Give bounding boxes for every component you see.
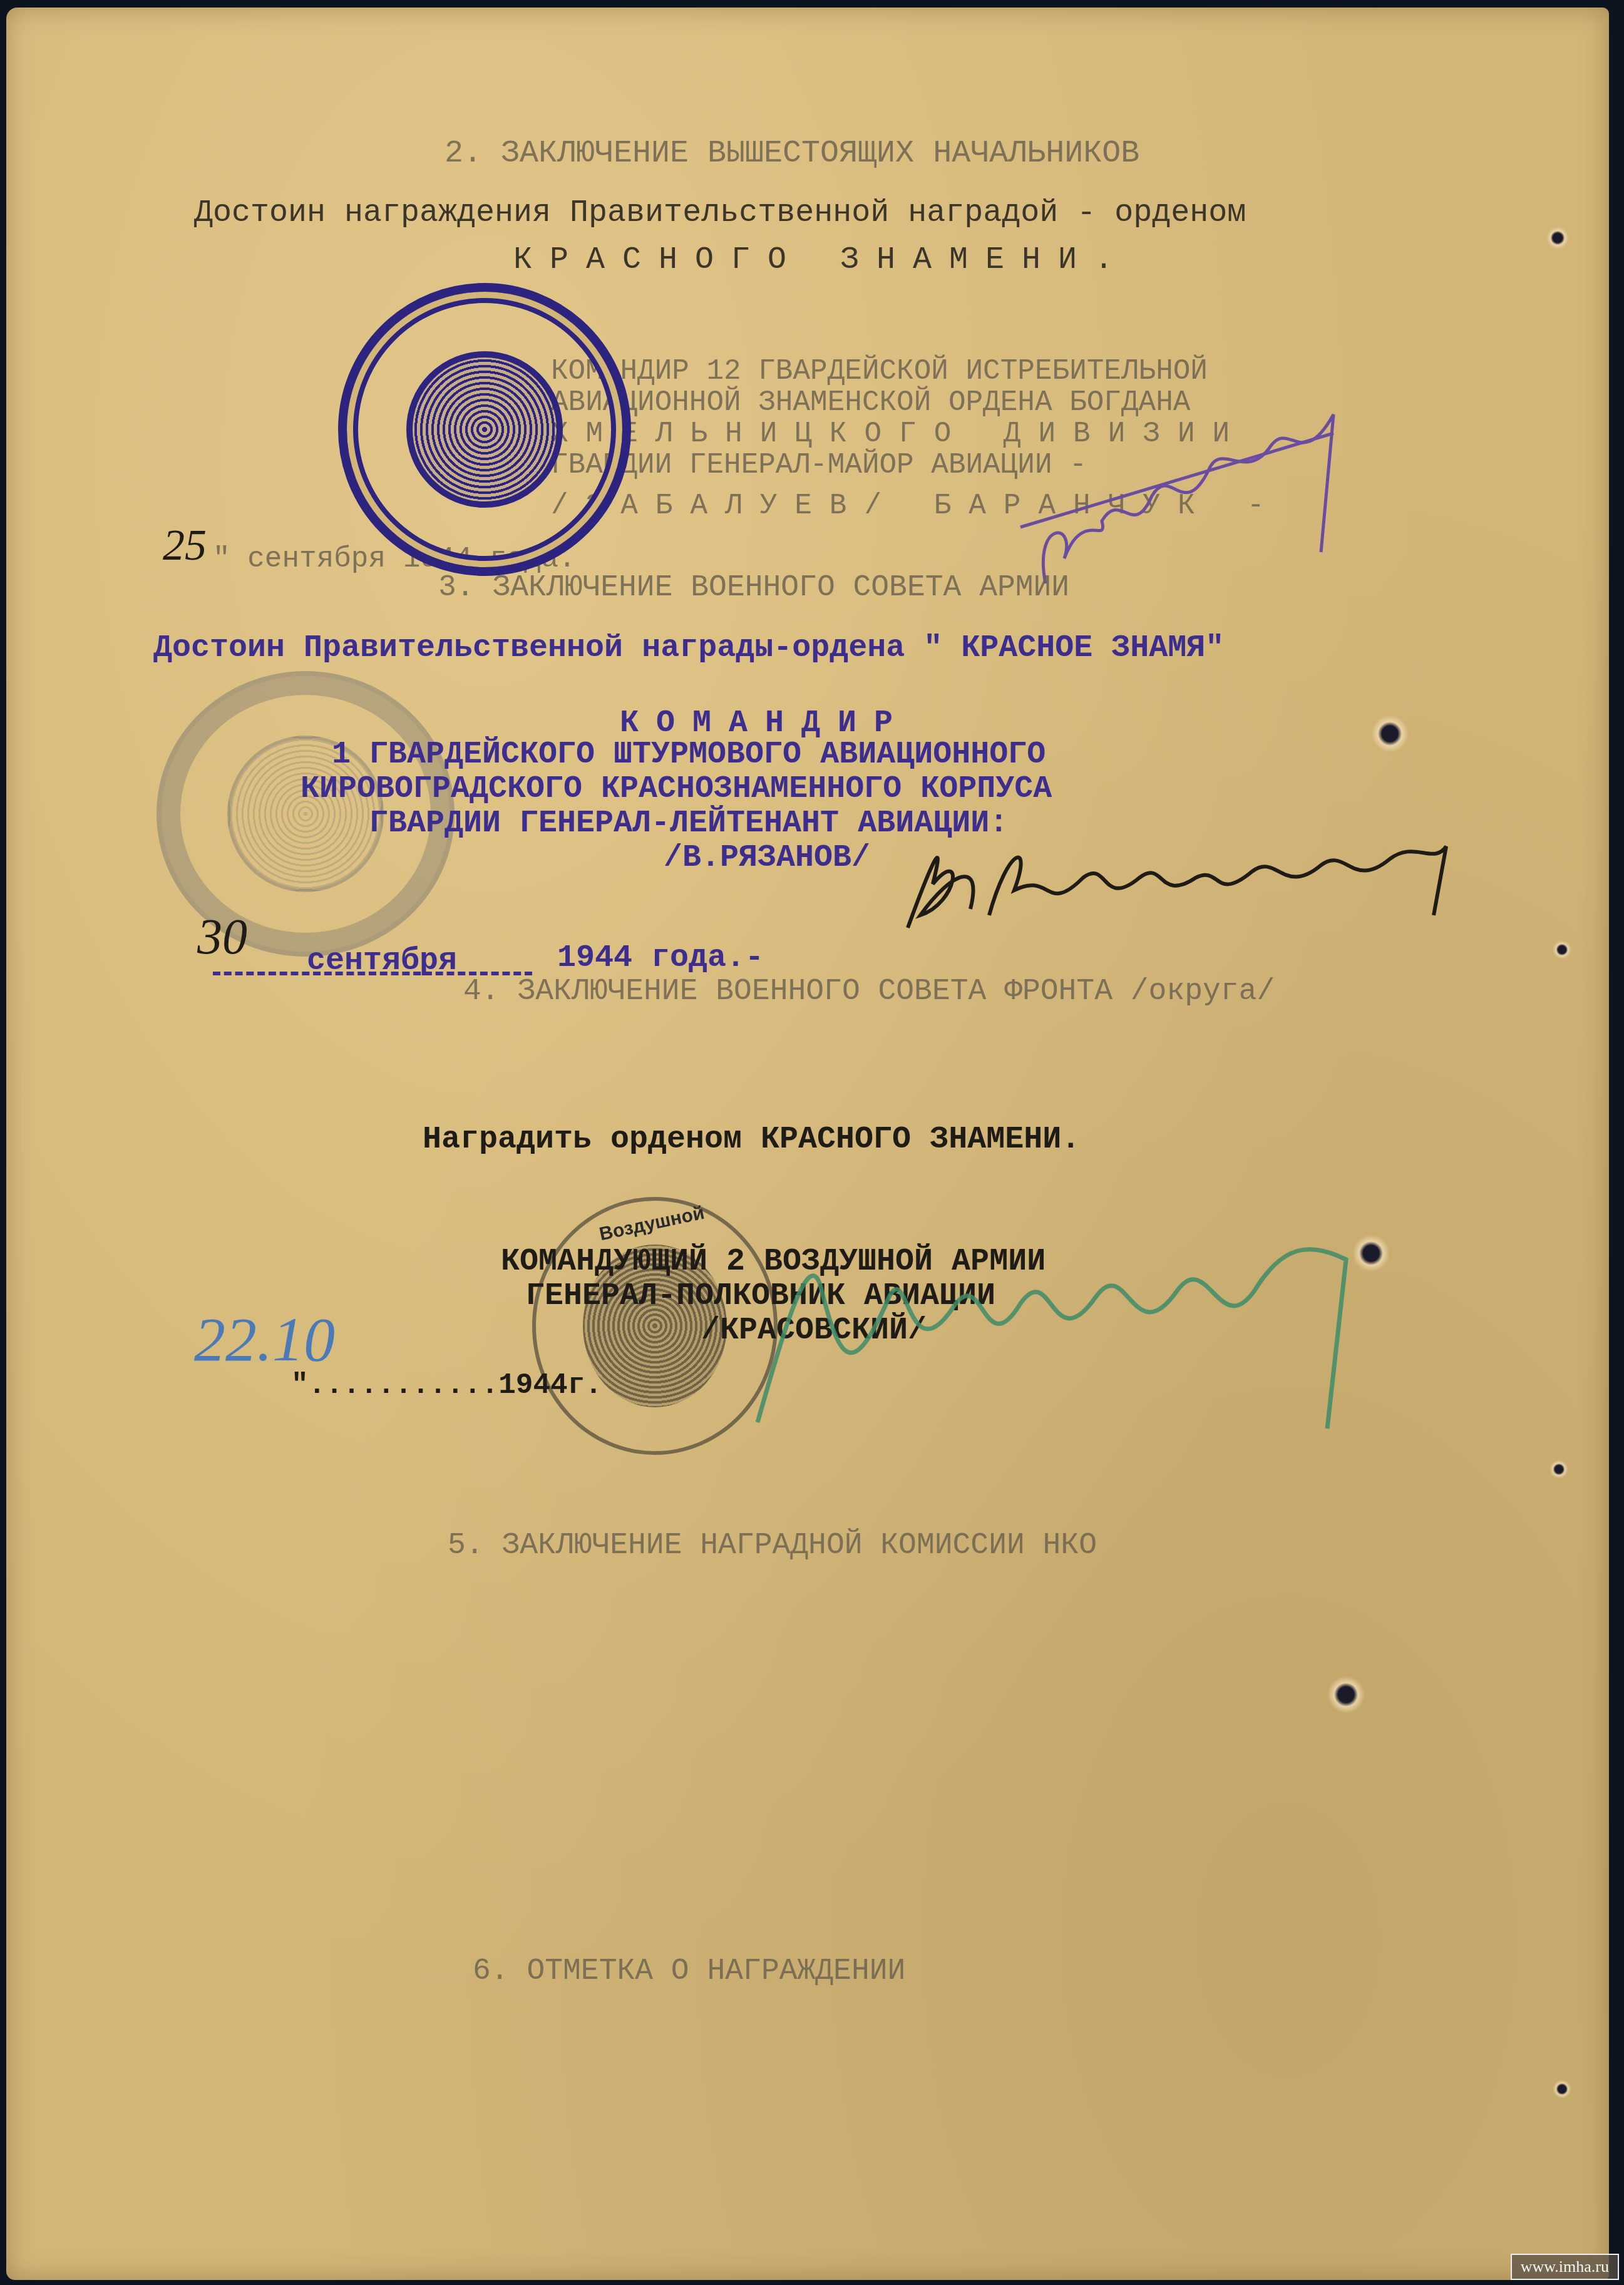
section2-line1: Достоин награждения Правительственной на… xyxy=(194,195,1246,231)
section2-line2: КРАСНОГО ЗНАМЕНИ. xyxy=(513,242,1131,278)
section3-name: /В.РЯЗАНОВ/ xyxy=(664,840,870,876)
section4-verdict: Наградить орденом КРАСНОГО ЗНАМЕНИ. xyxy=(423,1122,1080,1158)
section6-heading: 6. ОТМЕТКА О НАГРАЖДЕНИИ xyxy=(473,1954,905,1988)
section3-date-day: 30 xyxy=(197,909,247,966)
section2-heading: 2. ЗАКЛЮЧЕНИЕ ВЫШЕСТОЯЩИХ НАЧАЛЬНИКОВ xyxy=(445,136,1139,172)
section5-heading: 5. ЗАКЛЮЧЕНИЕ НАГРАДНОЙ КОМИССИИ НКО xyxy=(448,1529,1097,1563)
section3-line1: 1 ГВАРДЕЙСКОГО ШТУРМОВОГО АВИАЦИОННОГО xyxy=(332,737,1046,773)
commander12-line1: КОМАНДИР 12 ГВАРДЕЙСКОЙ ИСТРЕБИТЕЛЬНОЙ xyxy=(551,355,1208,388)
punch-hole xyxy=(1546,227,1569,249)
signature-baranchuk xyxy=(1008,396,1384,596)
section3-heading: 3. ЗАКЛЮЧЕНИЕ ВОЕННОГО СОВЕТА АРМИИ xyxy=(438,571,1069,605)
section3-verdict: Достоин Правительственной награды-ордена… xyxy=(153,630,1224,666)
commander12-line4: ГВАРДИИ ГЕНЕРАЛ-МАЙОР АВИАЦИИ - xyxy=(551,449,1087,481)
section4-date: "...........1944г. xyxy=(291,1369,602,1402)
punch-hole xyxy=(1327,1676,1365,1713)
punch-hole xyxy=(1352,1235,1390,1272)
section4-heading: 4. ЗАКЛЮЧЕНИЕ ВОЕННОГО СОВЕТА ФРОНТА /ок… xyxy=(463,975,1275,1009)
emblem-icon xyxy=(406,351,563,508)
commander12-date-day: 25 xyxy=(163,521,207,571)
signature-krasovsky xyxy=(745,1222,1402,1435)
section3-line2: КИРОВОГРАДСКОГО КРАСНОЗНАМЕННОГО КОРПУСА xyxy=(301,771,1052,807)
punch-hole xyxy=(1371,715,1409,752)
section4-date-day: 22.10 xyxy=(194,1303,335,1375)
site-watermark: www.imha.ru xyxy=(1511,2254,1619,2280)
signature-ryazanov xyxy=(895,821,1471,934)
punch-hole xyxy=(1553,940,1571,959)
punch-hole xyxy=(1553,2080,1571,2098)
document-sheet: 2. ЗАКЛЮЧЕНИЕ ВЫШЕСТОЯЩИХ НАЧАЛЬНИКОВ До… xyxy=(6,8,1609,2280)
official-stamp-12-guards xyxy=(338,283,631,576)
stamp-label: Воздушной xyxy=(597,1203,706,1246)
punch-hole xyxy=(1549,1460,1568,1479)
section3-date-year: 1944 года.- xyxy=(557,940,764,976)
section3-title: КОМАНДИР xyxy=(620,706,910,741)
